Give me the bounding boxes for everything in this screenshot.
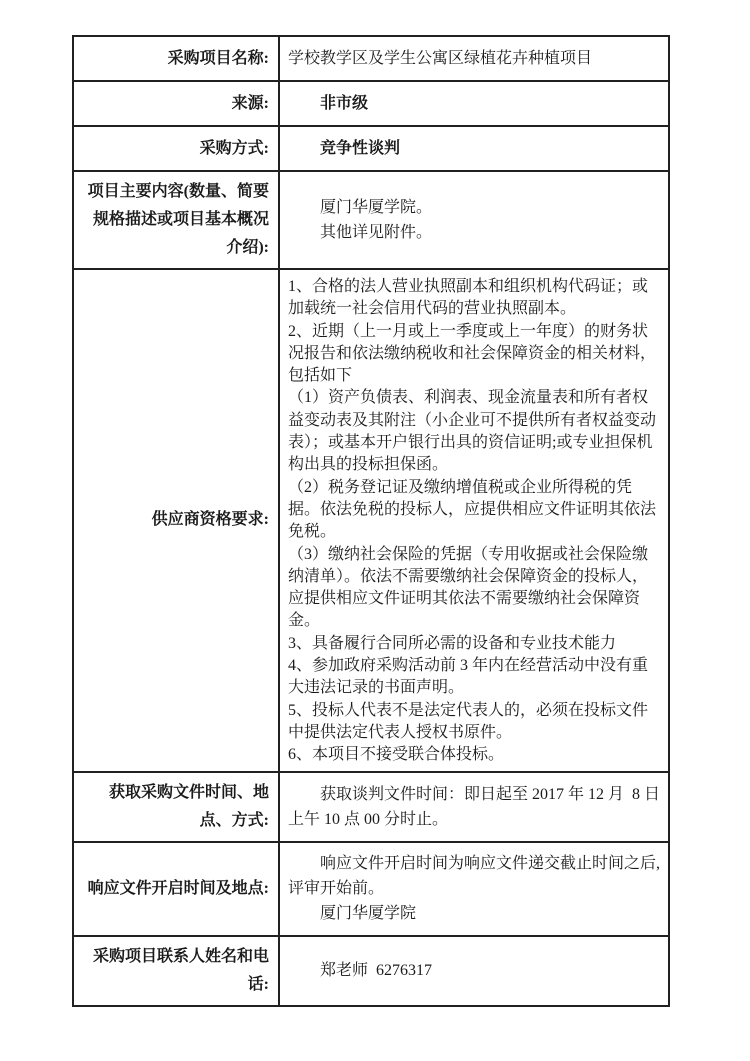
row-source: 来源: 非市级 [74, 80, 668, 125]
value-procurement-method: 竞争性谈判 [280, 127, 668, 170]
qualification-item-1: 1、合格的法人营业执照副本和组织机构代码证；或加载统一社会信用代码的营业执照副本… [288, 276, 660, 321]
procurement-method-text: 竞争性谈判 [288, 136, 660, 161]
label-document-obtain-time: 获取采购文件时间、地点、方式: [74, 773, 280, 841]
qualification-item-6: 6、本项目不接受联合体投标。 [288, 744, 660, 766]
label-document-obtain-time-text: 获取采购文件时间、地点、方式: [86, 779, 269, 835]
response-open-time-text: 响应文件开启时间为响应文件递交截止时间之后,评审开始前。 [288, 851, 660, 901]
label-project-name: 采购项目名称: [74, 37, 280, 80]
value-response-open-time: 响应文件开启时间为响应文件递交截止时间之后,评审开始前。 厦门华厦学院 [280, 843, 668, 935]
label-contact-person: 采购项目联系人姓名和电话: [74, 937, 280, 1005]
value-project-main-content: 厦门华厦学院。 其他详见附件。 [280, 172, 668, 268]
label-procurement-method: 采购方式: [74, 127, 280, 170]
row-response-open-time: 响应文件开启时间及地点: 响应文件开启时间为响应文件递交截止时间之后,评审开始前… [74, 841, 668, 935]
label-response-open-time-text: 响应文件开启时间及地点: [86, 875, 269, 903]
row-contact-person: 采购项目联系人姓名和电话: 郑老师 6276317 [74, 935, 668, 1005]
qualification-item-2-1: （1）资产负债表、利润表、现金流量表和所有者权益变动表及其附注（小企业可不提供所… [288, 387, 660, 476]
main-content-line-2: 其他详见附件。 [288, 220, 660, 245]
label-source: 来源: [74, 82, 280, 125]
label-project-name-text: 采购项目名称: [86, 45, 269, 73]
qualification-item-5: 5、投标人代表不是法定代表人的，必须在投标文件中提供法定代表人授权书原件。 [288, 700, 660, 745]
procurement-notice-table: 采购项目名称: 学校教学区及学生公寓区绿植花卉种植项目 来源: 非市级 采购方式… [72, 35, 670, 1007]
source-text: 非市级 [288, 91, 660, 116]
value-supplier-qualification: 1、合格的法人营业执照副本和组织机构代码证；或加载统一社会信用代码的营业执照副本… [280, 270, 668, 771]
value-contact-person: 郑老师 6276317 [280, 937, 668, 1005]
label-response-open-time: 响应文件开启时间及地点: [74, 843, 280, 935]
value-document-obtain-time: 获取谈判文件时间：即日起至 2017 年 12 月 8 日上午 10 点 00 … [280, 773, 668, 841]
value-source: 非市级 [280, 82, 668, 125]
qualification-item-2-2: （2）税务登记证及缴纳增值税或企业所得税的凭据。依法免税的投标人，应提供相应文件… [288, 477, 660, 544]
label-procurement-method-text: 采购方式: [86, 135, 269, 163]
label-project-main-content-text: 项目主要内容(数量、简要规格描述或项目基本概况介绍): [86, 178, 269, 262]
contact-person-text: 郑老师 6276317 [288, 958, 660, 983]
label-project-main-content: 项目主要内容(数量、简要规格描述或项目基本概况介绍): [74, 172, 280, 268]
response-open-place-text: 厦门华厦学院 [288, 901, 660, 926]
label-source-text: 来源: [86, 90, 269, 118]
label-supplier-qualification: 供应商资格要求: [74, 270, 280, 771]
qualification-item-2: 2、近期（上一月或上一季度或上一年度）的财务状况报告和依法缴纳税收和社会保障资金… [288, 321, 660, 388]
obtain-time-text: 获取谈判文件时间：即日起至 2017 年 12 月 8 日上午 10 点 00 … [288, 782, 660, 832]
qualification-item-4: 4、参加政府采购活动前 3 年内在经营活动中没有重大违法记录的书面声明。 [288, 655, 660, 700]
qualification-item-3: 3、具备履行合同所必需的设备和专业技术能力 [288, 633, 660, 655]
row-project-name: 采购项目名称: 学校教学区及学生公寓区绿植花卉种植项目 [74, 37, 668, 80]
label-supplier-qualification-text: 供应商资格要求: [86, 506, 269, 534]
row-project-main-content: 项目主要内容(数量、简要规格描述或项目基本概况介绍): 厦门华厦学院。 其他详见… [74, 170, 668, 268]
label-contact-person-text: 采购项目联系人姓名和电话: [86, 943, 269, 999]
row-procurement-method: 采购方式: 竞争性谈判 [74, 125, 668, 170]
value-project-name: 学校教学区及学生公寓区绿植花卉种植项目 [280, 37, 668, 80]
qualification-item-2-3: （3）缴纳社会保险的凭据（专用收据或社会保险缴纳清单）。依法不需要缴纳社会保障资… [288, 544, 660, 633]
project-name-text: 学校教学区及学生公寓区绿植花卉种植项目 [288, 46, 660, 71]
row-supplier-qualification: 供应商资格要求: 1、合格的法人营业执照副本和组织机构代码证；或加载统一社会信用… [74, 268, 668, 771]
main-content-line-1: 厦门华厦学院。 [288, 195, 660, 220]
row-document-obtain-time: 获取采购文件时间、地点、方式: 获取谈判文件时间：即日起至 2017 年 12 … [74, 771, 668, 841]
